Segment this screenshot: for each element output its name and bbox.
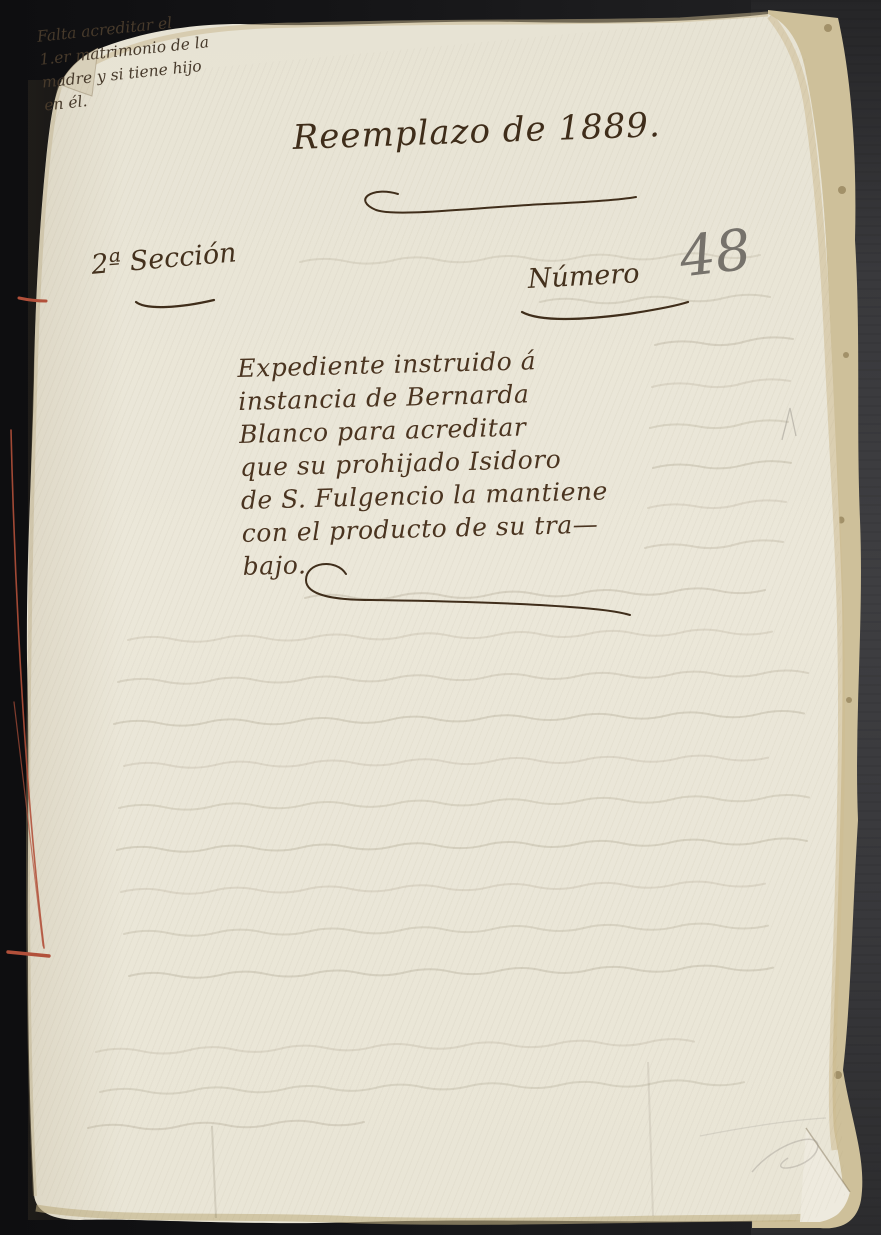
page-sheet xyxy=(27,14,843,1223)
number-label: Número xyxy=(527,258,640,295)
manuscript-page-graphics xyxy=(0,0,881,1235)
document-scan: Falta acreditar el 1.er matrimonio de la… xyxy=(0,0,881,1235)
body-paragraph: Expediente instruido á instancia de Bern… xyxy=(237,341,673,583)
number-value: 48 xyxy=(676,217,755,290)
